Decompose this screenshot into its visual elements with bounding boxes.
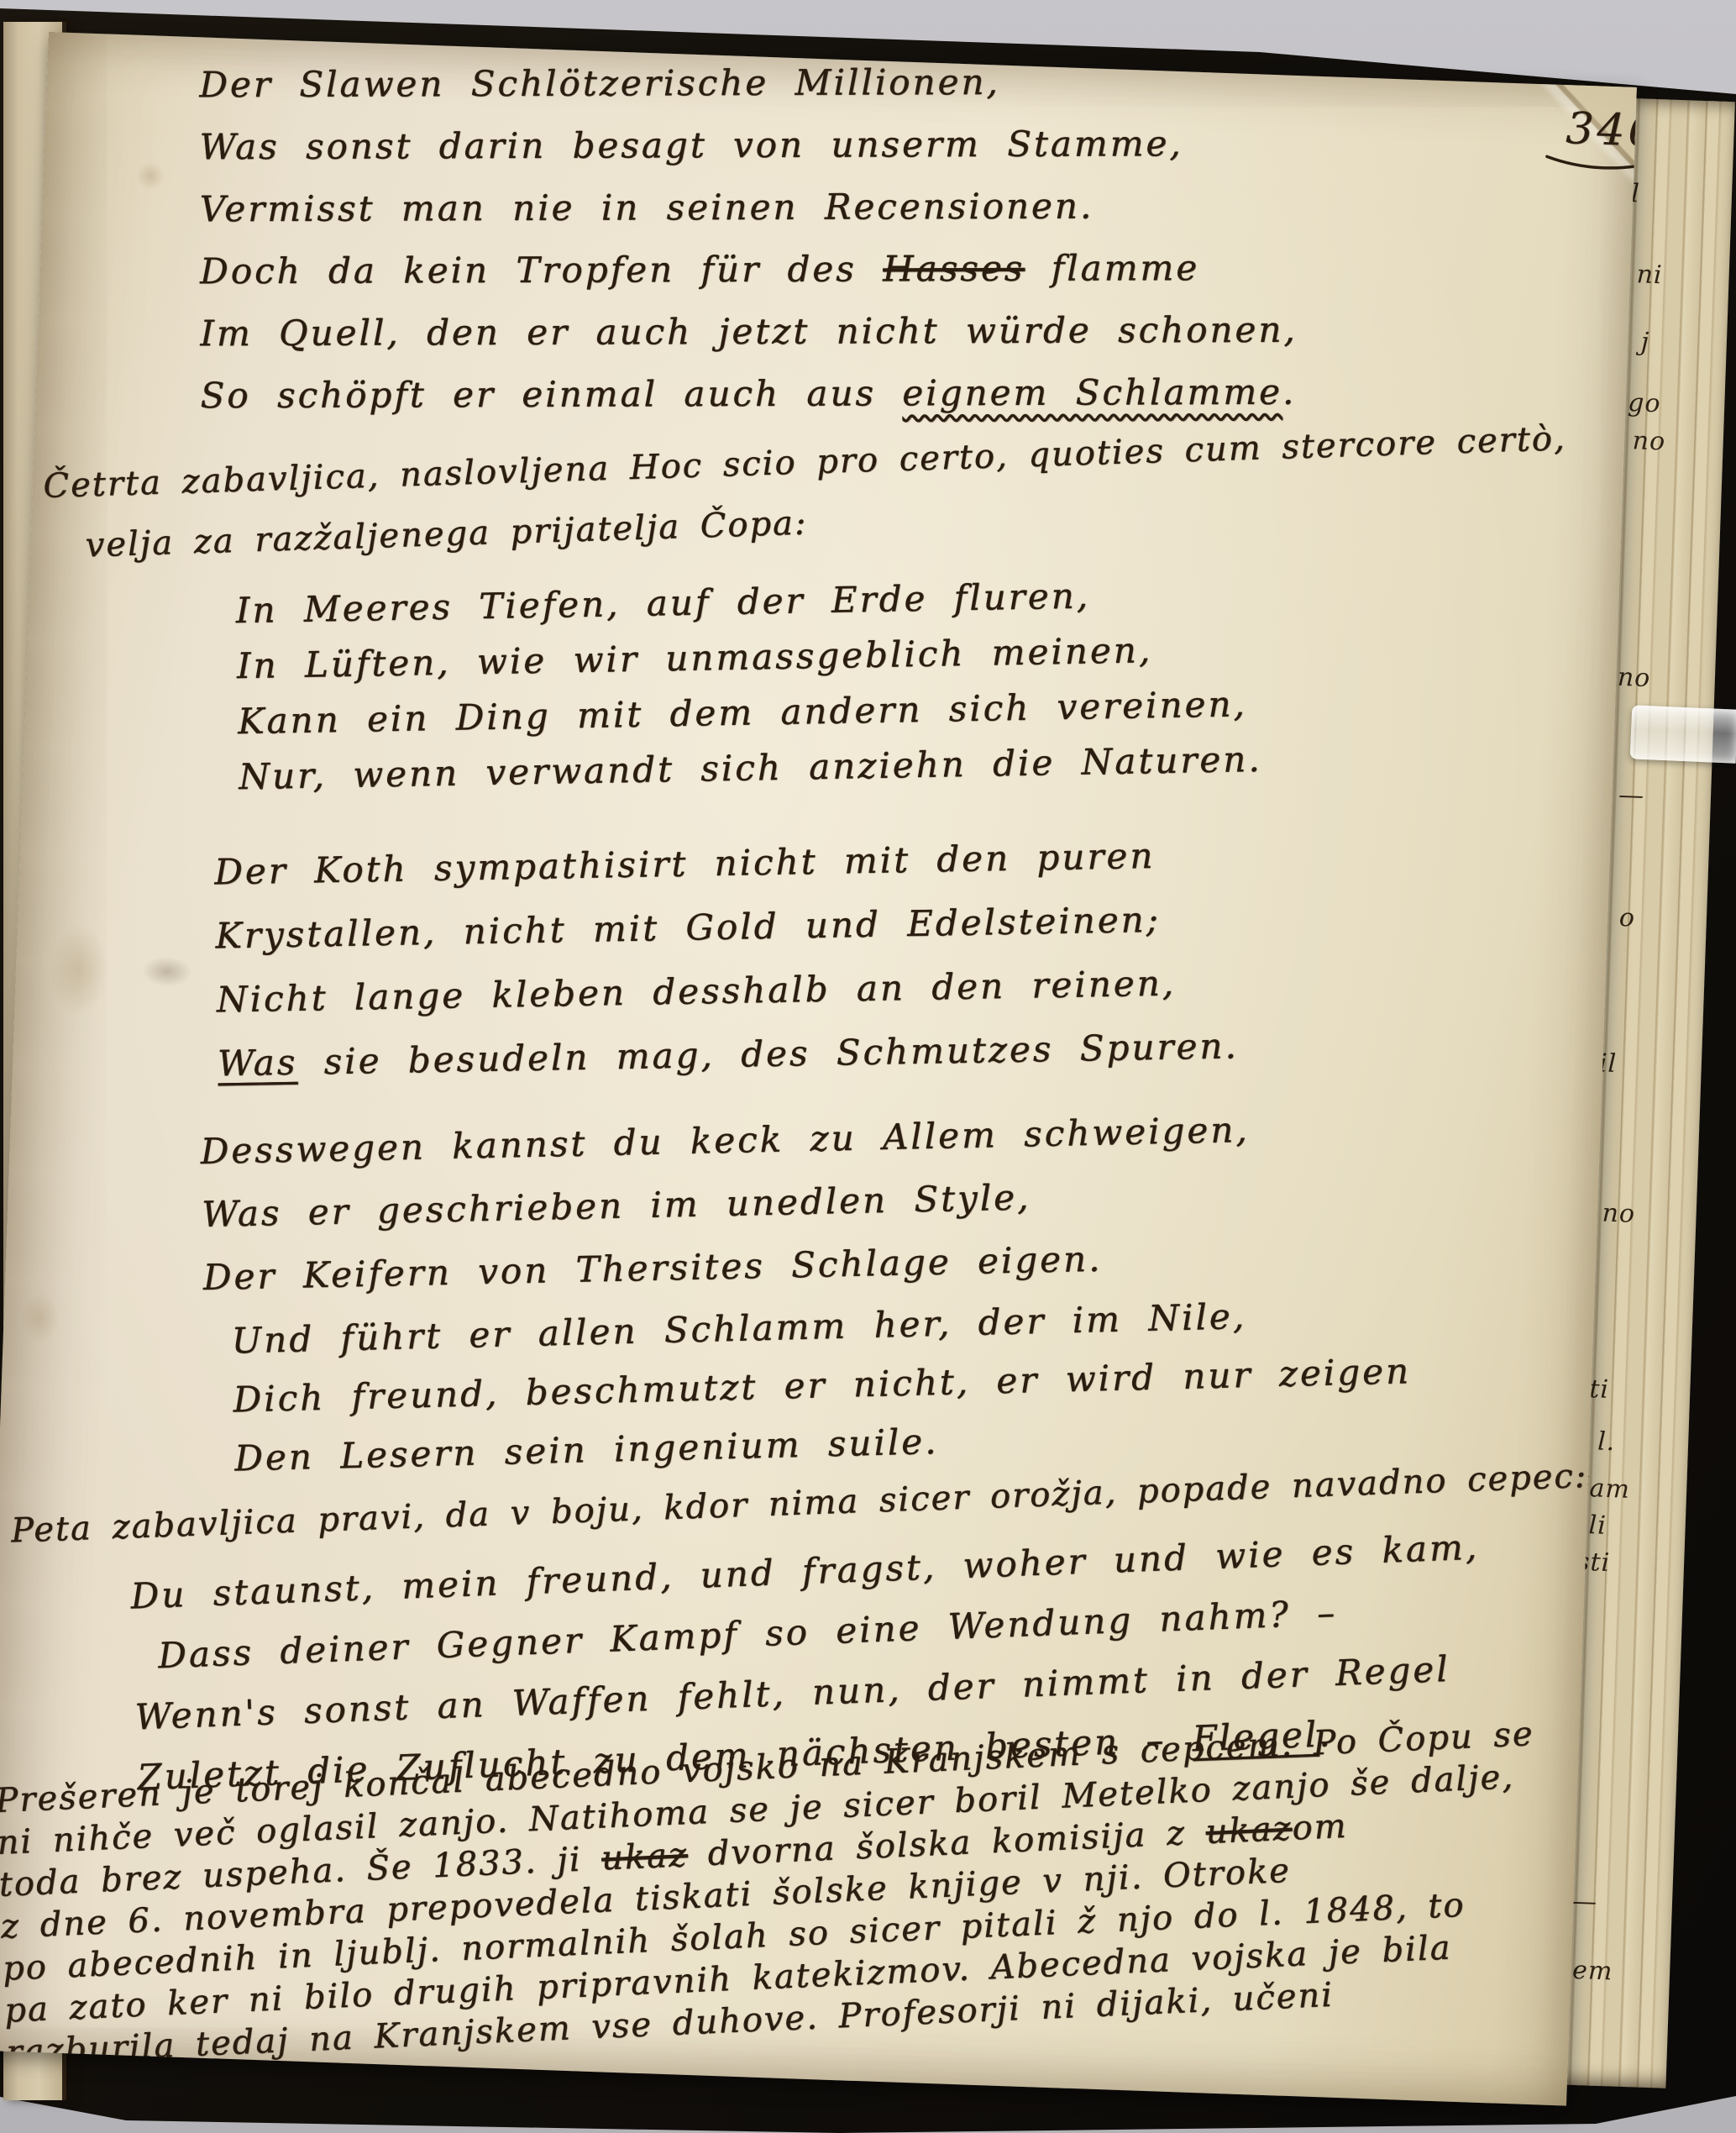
underlined-words: eignem Schlamme <box>902 371 1282 414</box>
manuscript-page: 346 Der Slawen Schlötzerische Millionen,… <box>0 32 1637 2106</box>
handwritten-line: Vermisst man nie in seinen Recensionen. <box>200 175 1298 241</box>
struck-word: ukaz <box>601 1836 689 1878</box>
edge-text-fragment: j <box>1640 328 1650 357</box>
edge-text-fragment: no <box>1617 663 1651 693</box>
struck-word: Hasses <box>883 248 1025 290</box>
edge-text-fragment: no <box>1602 1199 1636 1229</box>
handwriting-block: Desswegen kannst du keck zu Allem schwei… <box>200 1098 1253 1309</box>
handwritten-line: Im Quell, den er auch jetzt nicht würde … <box>200 299 1298 365</box>
edge-text-fragment: o <box>1618 903 1635 933</box>
edge-text-fragment: em <box>1572 1956 1613 1987</box>
struck-word: ukaz <box>1205 1810 1293 1852</box>
handwriting-block: In Meeres Tiefen, auf der Erde fluren,In… <box>235 565 1262 805</box>
edge-text-fragment: no <box>1632 426 1666 456</box>
edge-text-fragment: ti <box>1589 1374 1610 1405</box>
handwritten-line: So schöpft er einmal auch aus eignem Sch… <box>200 361 1298 428</box>
transparent-clip <box>1630 705 1736 763</box>
handwriting-block: Der Slawen Schlötzerische Millionen,Was … <box>199 50 1298 428</box>
handwritten-line: Doch da kein Tropfen für des Hasses flam… <box>200 237 1298 303</box>
edge-text-fragment: — <box>1618 780 1644 811</box>
edge-text-fragment: — <box>1571 1887 1597 1917</box>
underlined-words: Was <box>218 1042 298 1085</box>
handwritten-line: Was sonst darin besagt von unserm Stamme… <box>199 113 1297 179</box>
handwriting-block: Und führt er allen Schlamm her, der im N… <box>231 1283 1413 1488</box>
edge-text-fragment: l. <box>1597 1427 1616 1458</box>
handwriting-block: Četrta zabavljica, naslovljena Hoc scio … <box>42 408 1569 577</box>
handwriting-blocks: Der Slawen Schlötzerische Millionen,Was … <box>0 32 1637 2106</box>
photo-background: lnijagonono—ovilnotil.ičamnilisti—em 346… <box>0 0 1736 2133</box>
handwriting-block: Der Koth sympathisirt nicht mit den pure… <box>214 822 1240 1095</box>
edge-text-fragment: ni <box>1636 260 1663 290</box>
